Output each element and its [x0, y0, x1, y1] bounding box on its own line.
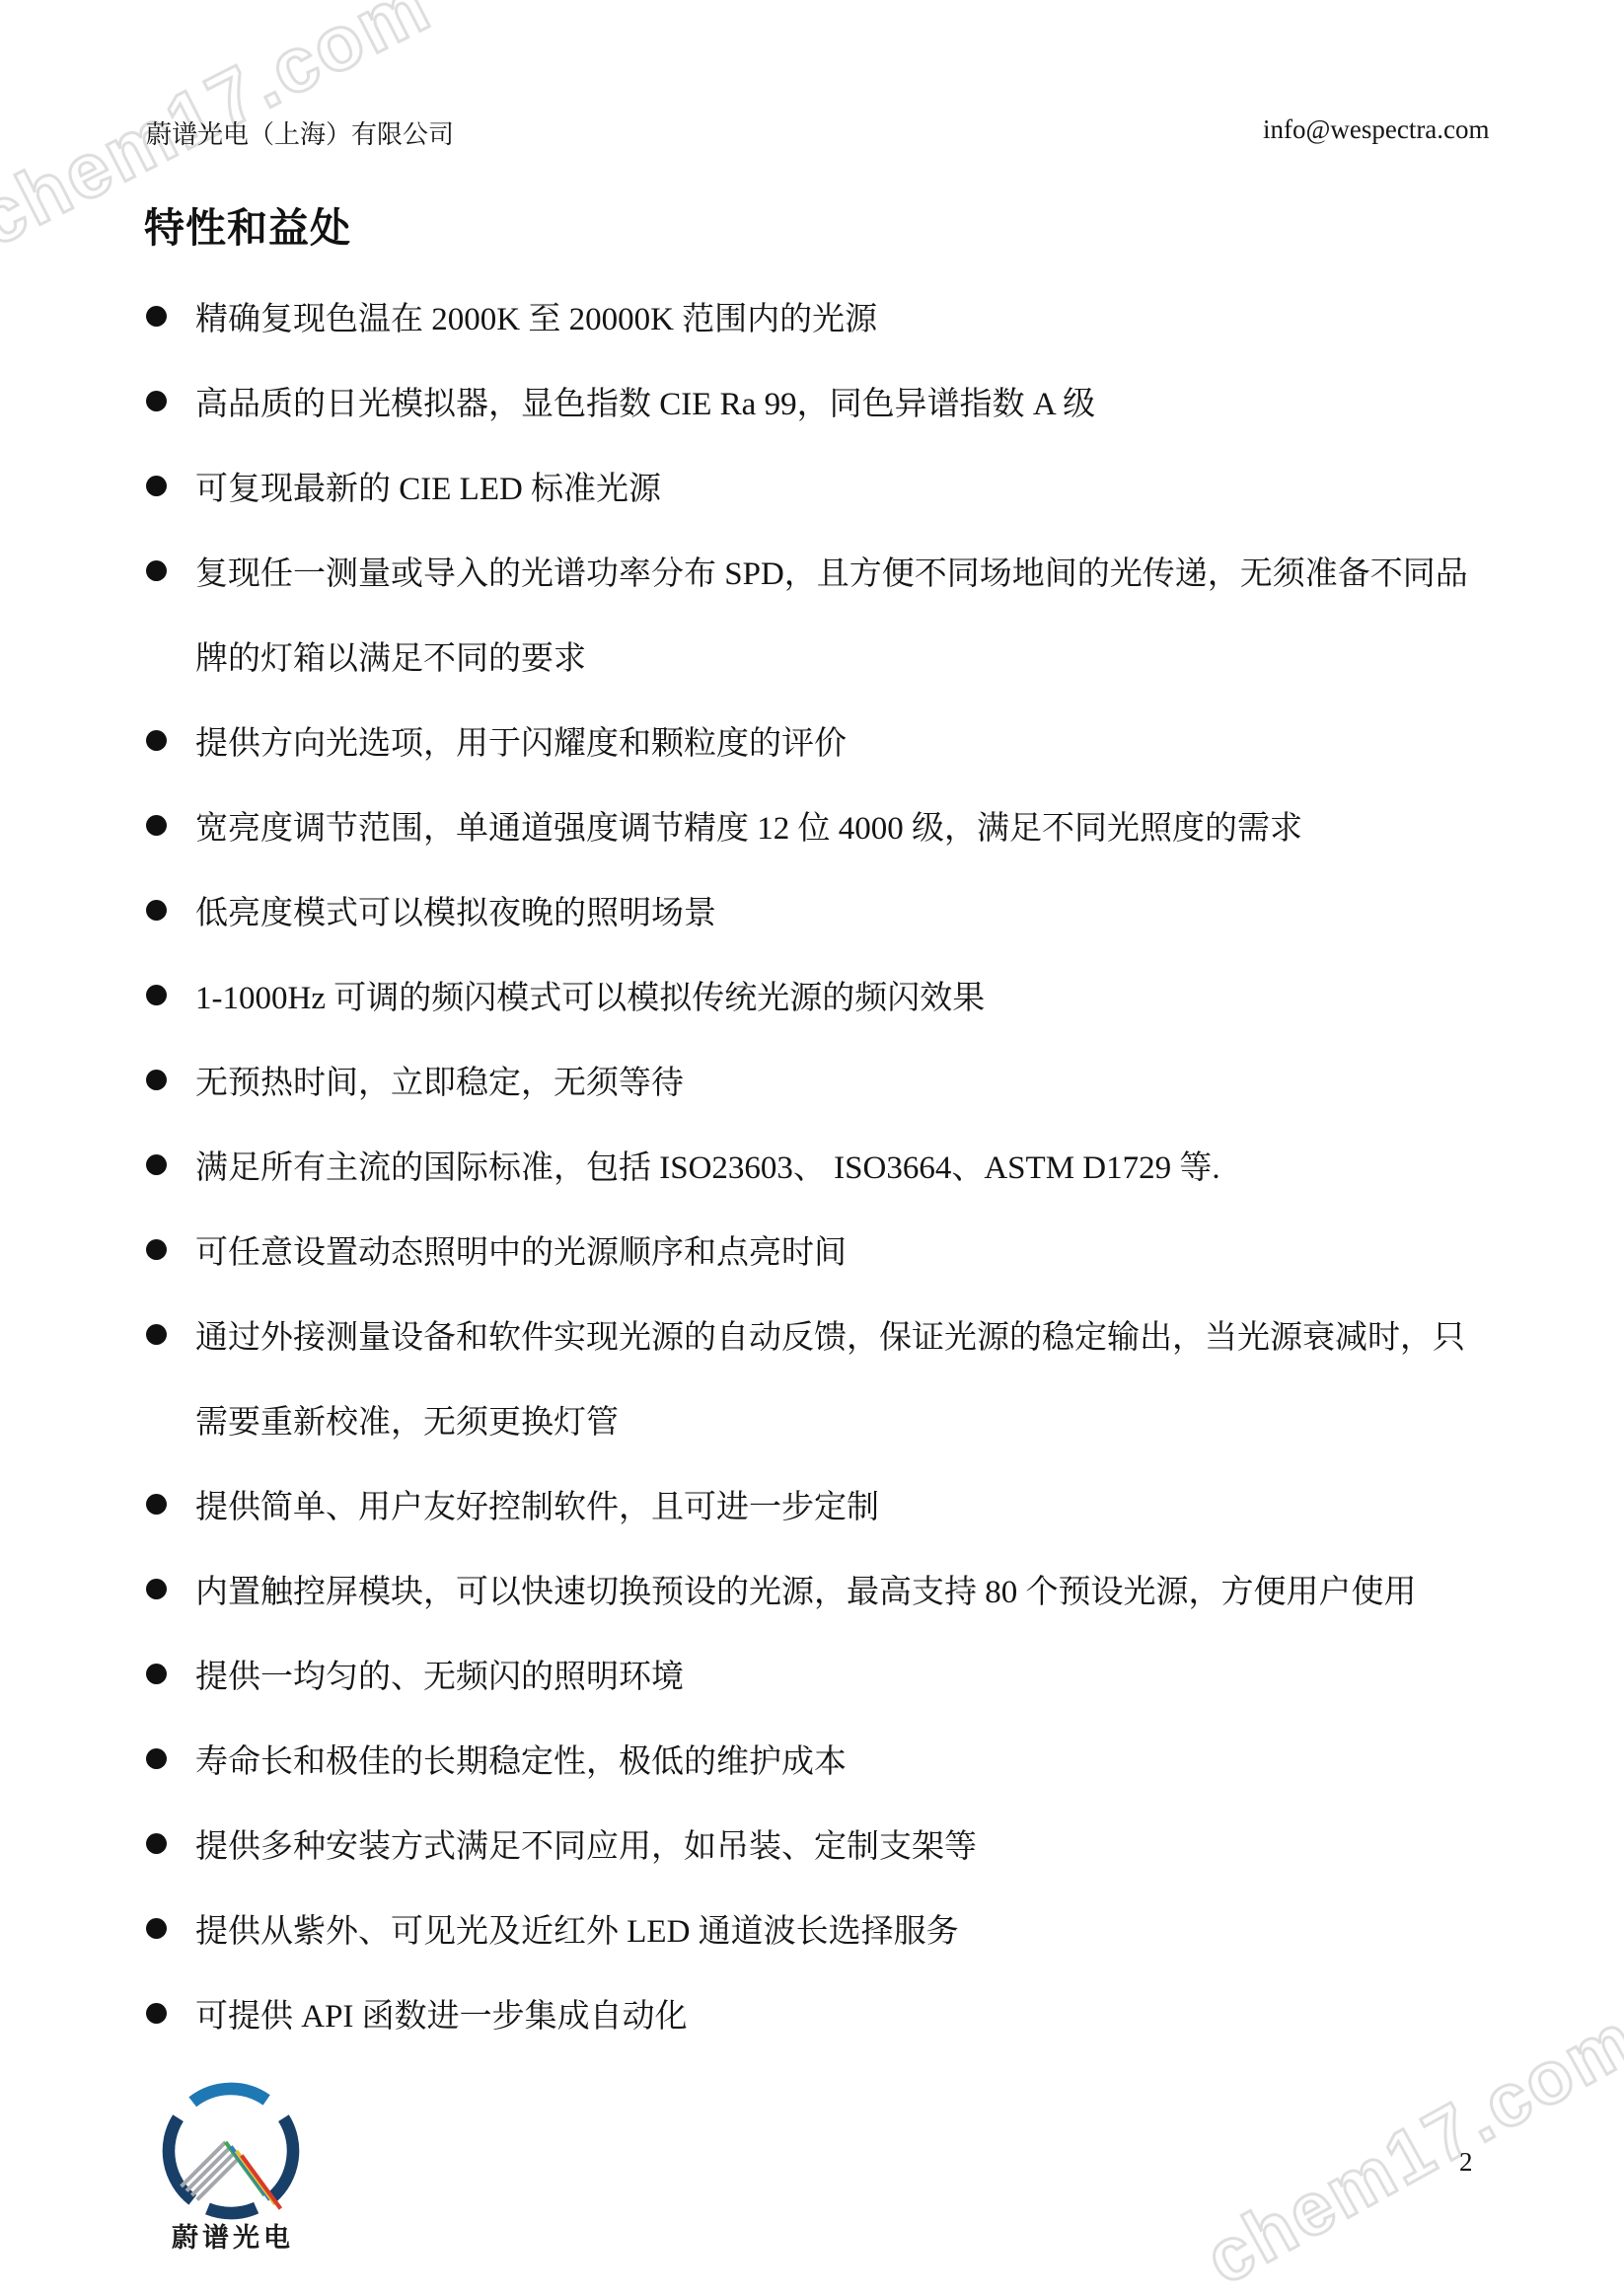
bullet-icon — [146, 1154, 167, 1175]
logo-arc-right — [272, 2118, 293, 2197]
bullet-icon — [146, 1664, 167, 1684]
bullet-icon — [146, 730, 167, 751]
feature-item: 高品质的日光模拟器，显色指数 CIE Ra 99，同色异谱指数 A 级 — [146, 358, 1527, 443]
bullet-icon — [146, 1579, 167, 1599]
feature-item: 内置触控屏模块，可以快速切换预设的光源，最高支持 80 个预设光源，方便用户使用 — [146, 1546, 1527, 1631]
logo-text: 蔚谱光电 — [172, 2216, 294, 2255]
feature-text: 复现任一测量或导入的光谱功率分布 SPD，且方便不同场地间的光传递，无须准备不同… — [195, 548, 1468, 594]
feature-item: 低亮度模式可以模拟夜晚的照明场景 — [146, 867, 1527, 952]
feature-text: 可复现最新的 CIE LED 标准光源 — [195, 463, 661, 509]
feature-item: 可复现最新的 CIE LED 标准光源 — [146, 443, 1527, 528]
feature-item-continuation: 牌的灯箱以满足不同的要求 — [146, 613, 1527, 698]
page-title: 特性和益处 — [144, 195, 351, 254]
feature-item: 提供多种安装方式满足不同应用，如吊装、定制支架等 — [146, 1801, 1527, 1886]
feature-text: 内置触控屏模块，可以快速切换预设的光源，最高支持 80 个预设光源，方便用户使用 — [195, 1566, 1417, 1612]
bullet-icon — [146, 1748, 167, 1769]
feature-item: 无预热时间，立即稳定，无须等待 — [146, 1037, 1527, 1122]
feature-text: 提供简单、用户友好控制软件，且可进一步定制 — [195, 1481, 879, 1527]
bullet-icon — [146, 2003, 167, 2024]
bullet-icon — [146, 985, 167, 1005]
feature-item: 可提供 API 函数进一步集成自动化 — [146, 1970, 1527, 2055]
feature-text: 可提供 API 函数进一步集成自动化 — [195, 1990, 688, 2037]
feature-item: 精确复现色温在 2000K 至 20000K 范围内的光源 — [146, 273, 1527, 358]
bullet-icon — [146, 815, 167, 836]
feature-text: 无预热时间，立即稳定，无须等待 — [195, 1057, 684, 1103]
bullet-icon — [146, 1494, 167, 1515]
feature-text: 寿命长和极佳的长期稳定性，极低的维护成本 — [195, 1736, 847, 1782]
feature-text: 牌的灯箱以满足不同的要求 — [195, 632, 586, 679]
logo-stripe-gray-3 — [191, 2151, 236, 2195]
bullet-icon — [146, 391, 167, 411]
feature-text: 满足所有主流的国际标准，包括 ISO23603、 ISO3664、ASTM D1… — [195, 1142, 1220, 1188]
logo-stripe-red — [242, 2156, 281, 2209]
page-number: 2 — [1459, 2147, 1473, 2178]
bullet-icon — [146, 560, 167, 581]
feature-text: 精确复现色温在 2000K 至 20000K 范围内的光源 — [195, 293, 877, 339]
logo-arc-top — [192, 2089, 266, 2102]
logo-arc-bottom — [207, 2208, 256, 2213]
feature-item: 提供一均匀的、无频闪的照明环境 — [146, 1631, 1527, 1716]
feature-item: 通过外接测量设备和软件实现光源的自动反馈，保证光源的稳定输出，当光源衰减时，只 — [146, 1292, 1527, 1376]
bullet-icon — [146, 1239, 167, 1260]
feature-item: 提供从紫外、可见光及近红外 LED 通道波长选择服务 — [146, 1886, 1527, 1970]
feature-text: 需要重新校准，无须更换灯管 — [195, 1396, 619, 1443]
feature-text: 宽亮度调节范围，单通道强度调节精度 12 位 4000 级，满足不同光照度的需求 — [195, 802, 1302, 849]
feature-list: 精确复现色温在 2000K 至 20000K 范围内的光源高品质的日光模拟器，显… — [146, 273, 1527, 2055]
document-page: chem17.com chem17.com 蔚谱光电（上海）有限公司 info@… — [0, 0, 1624, 2296]
company-logo — [142, 2062, 320, 2240]
feature-text: 提供多种安装方式满足不同应用，如吊装、定制支架等 — [195, 1820, 977, 1867]
feature-item: 宽亮度调节范围，单通道强度调节精度 12 位 4000 级，满足不同光照度的需求 — [146, 782, 1527, 867]
logo-stripe-gray-2 — [186, 2147, 231, 2191]
header-email: info@wespectra.com — [1263, 114, 1490, 145]
bullet-icon — [146, 476, 167, 496]
feature-text: 1-1000Hz 可调的频闪模式可以模拟传统光源的频闪效果 — [195, 972, 985, 1018]
feature-item: 复现任一测量或导入的光谱功率分布 SPD，且方便不同场地间的光传递，无须准备不同… — [146, 528, 1527, 613]
header-company-name: 蔚谱光电（上海）有限公司 — [146, 114, 454, 151]
feature-item-continuation: 需要重新校准，无须更换灯管 — [146, 1376, 1527, 1461]
feature-item: 满足所有主流的国际标准，包括 ISO23603、 ISO3664、ASTM D1… — [146, 1122, 1527, 1207]
bullet-icon — [146, 306, 167, 327]
bullet-icon — [146, 900, 167, 921]
feature-text: 提供从紫外、可见光及近红外 LED 通道波长选择服务 — [195, 1905, 959, 1952]
feature-text: 提供一均匀的、无频闪的照明环境 — [195, 1651, 684, 1697]
bullet-icon — [146, 1918, 167, 1939]
feature-text: 高品质的日光模拟器，显色指数 CIE Ra 99，同色异谱指数 A 级 — [195, 378, 1095, 424]
bullet-icon — [146, 1833, 167, 1854]
feature-text: 提供方向光选项，用于闪耀度和颗粒度的评价 — [195, 717, 847, 764]
feature-text: 通过外接测量设备和软件实现光源的自动反馈，保证光源的稳定输出，当光源衰减时，只 — [195, 1311, 1465, 1358]
feature-item: 1-1000Hz 可调的频闪模式可以模拟传统光源的频闪效果 — [146, 952, 1527, 1037]
feature-item: 提供简单、用户友好控制软件，且可进一步定制 — [146, 1461, 1527, 1546]
bullet-icon — [146, 1070, 167, 1090]
bullet-icon — [146, 1324, 167, 1345]
feature-item: 可任意设置动态照明中的光源顺序和点亮时间 — [146, 1207, 1527, 1292]
feature-text: 可任意设置动态照明中的光源顺序和点亮时间 — [195, 1226, 847, 1273]
feature-item: 提供方向光选项，用于闪耀度和颗粒度的评价 — [146, 698, 1527, 782]
feature-text: 低亮度模式可以模拟夜晚的照明场景 — [195, 887, 716, 933]
logo-icon — [142, 2062, 320, 2240]
feature-item: 寿命长和极佳的长期稳定性，极低的维护成本 — [146, 1716, 1527, 1801]
